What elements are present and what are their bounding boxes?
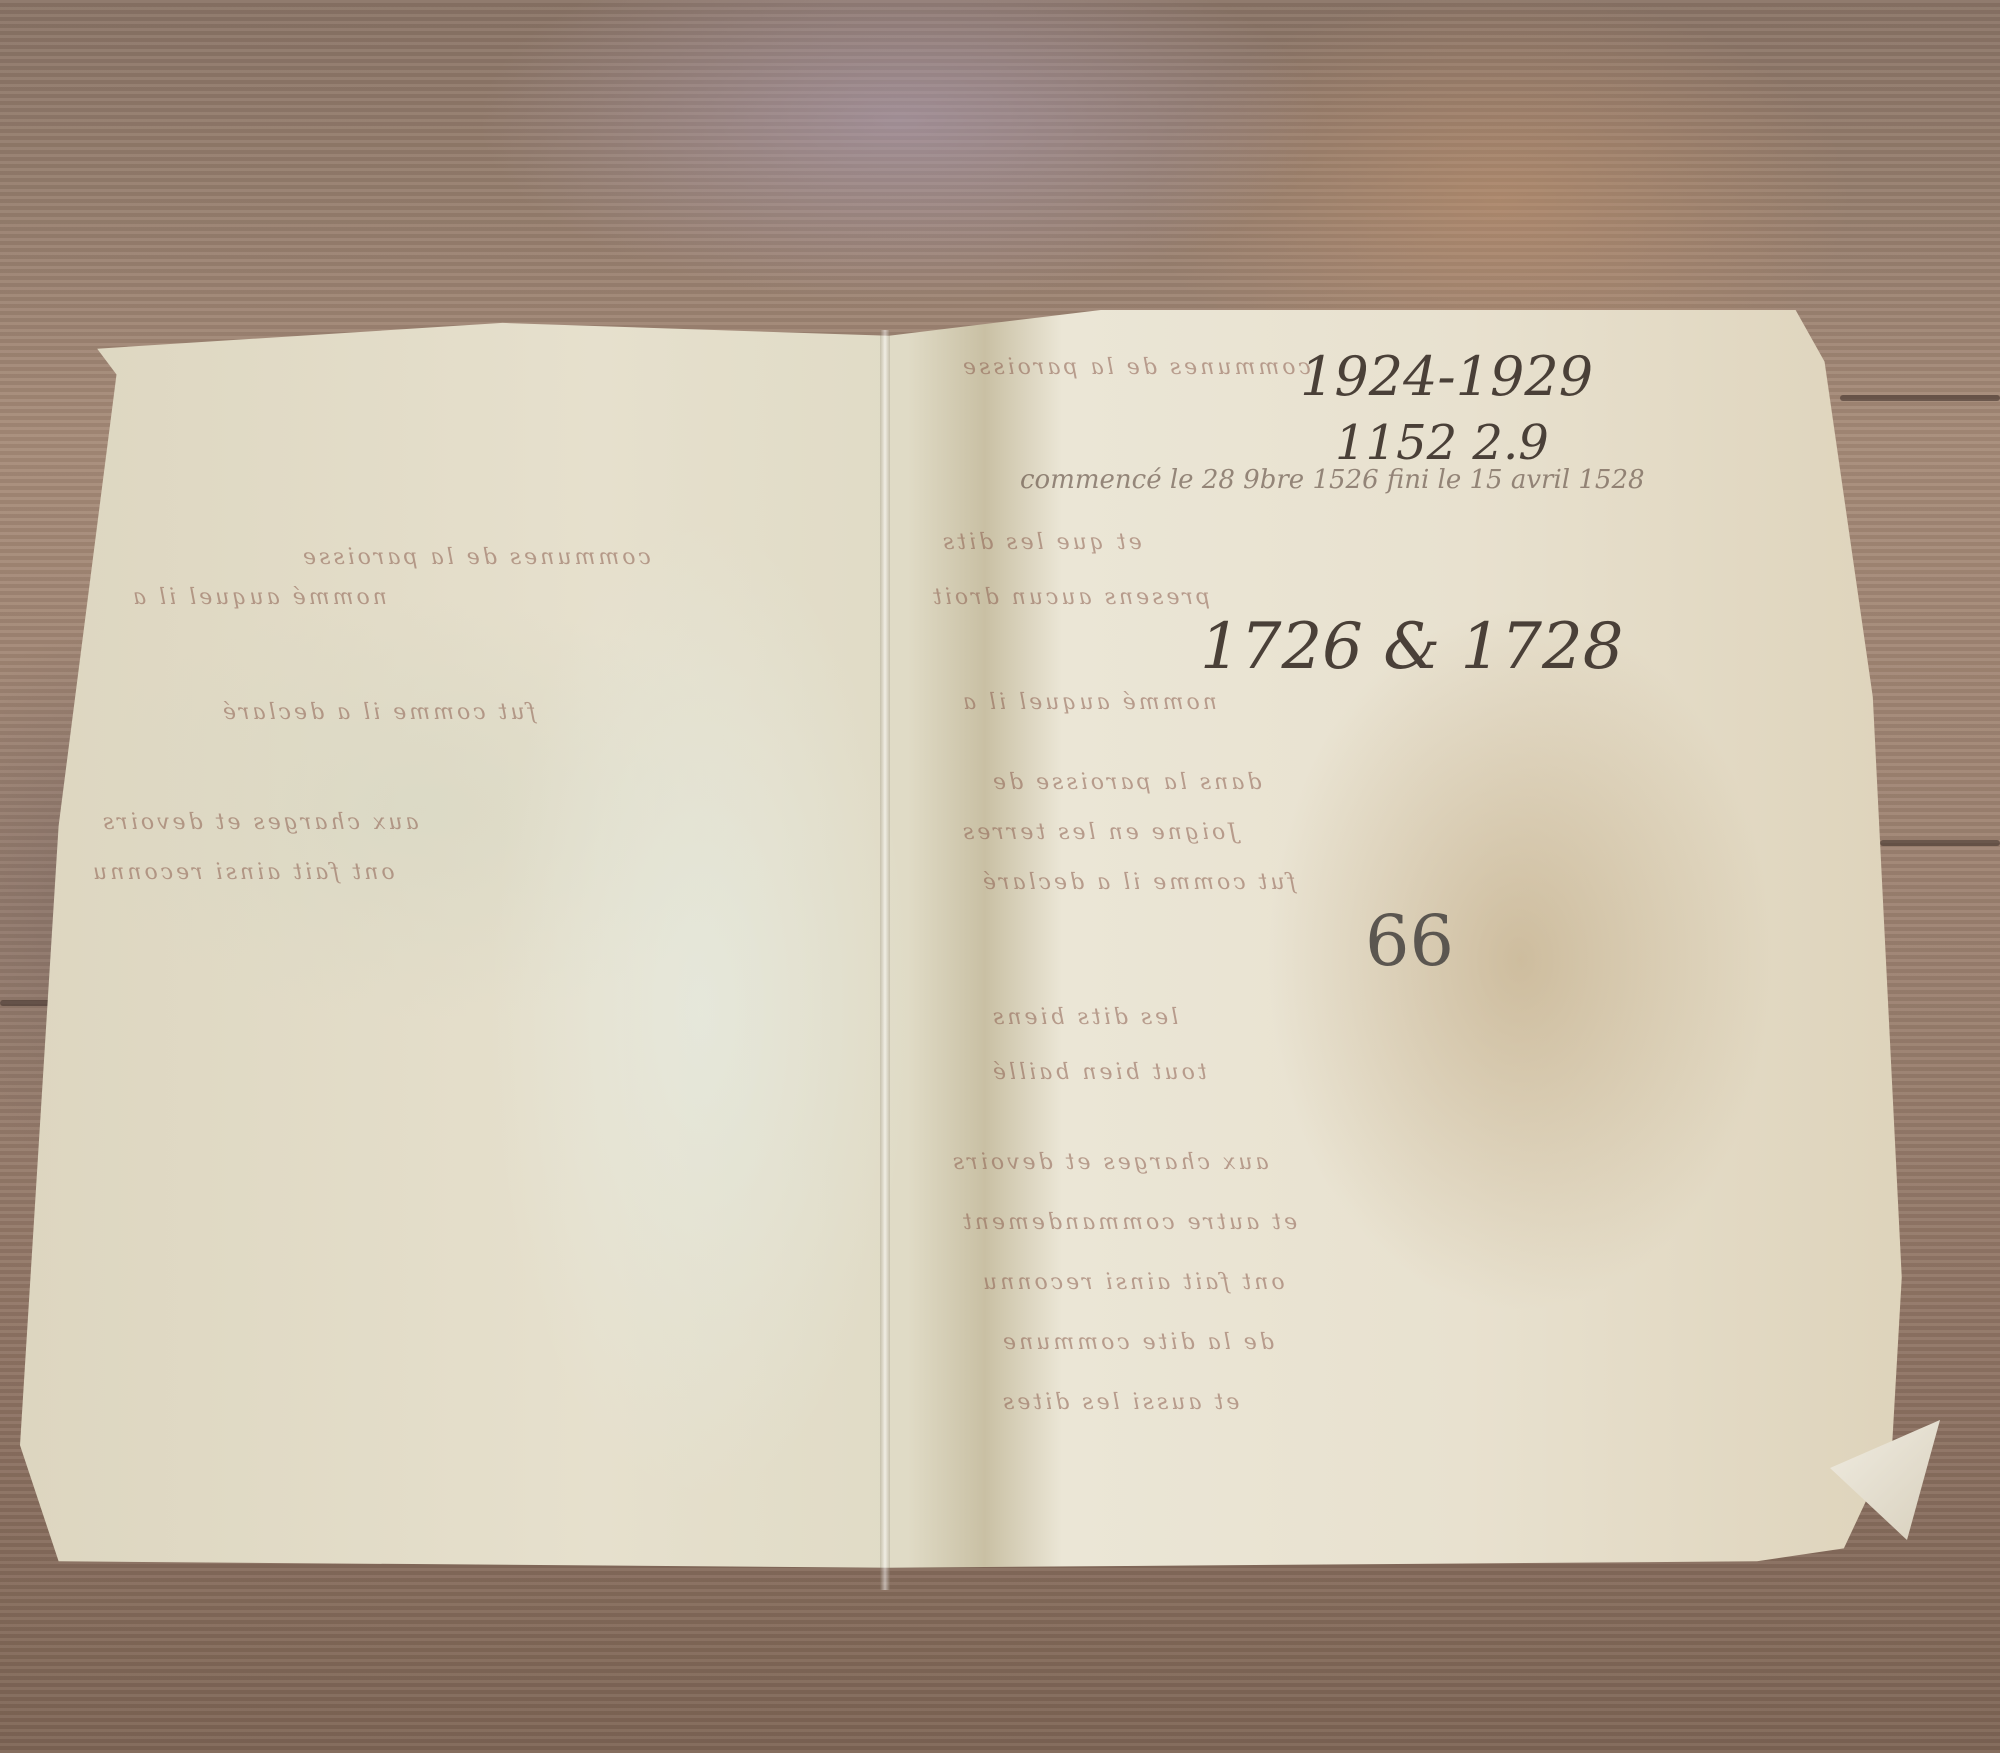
plank-gap: [1880, 840, 2000, 846]
manuscript-line: fut comme il a declaré: [220, 700, 536, 718]
manuscript-line: ont fait ainsi reconnu: [90, 860, 395, 878]
annotation-years-range: 1924-1929: [1300, 345, 1593, 408]
manuscript-line: Joigne en les terres: [960, 820, 1237, 838]
manuscript-line: et aussi les dites: [1000, 1390, 1239, 1408]
manuscript-line: communes de la paroisse: [960, 355, 1311, 373]
annotation-commenced-note: commencé le 28 9bre 1526 fini le 15 avri…: [1020, 465, 1645, 495]
manuscript-line: presens aucun droit: [930, 585, 1210, 603]
manuscript-line: et que les dits: [940, 530, 1142, 548]
plank-gap: [1840, 395, 2000, 401]
manuscript-line: fut comme il a declaré: [980, 870, 1296, 888]
manuscript-line: nommé auquel il a: [960, 690, 1217, 708]
manuscript-line: de la dite commune: [1000, 1330, 1274, 1348]
annotation-years-pair: 1726 & 1728: [1200, 610, 1623, 684]
manuscript-line: ont fait ainsi reconnu: [980, 1270, 1285, 1288]
manuscript-line: les dits biens: [990, 1005, 1178, 1023]
manuscript-line: aux charges et devoirs: [950, 1150, 1269, 1168]
manuscript-line: tout bien baillé: [990, 1060, 1207, 1078]
annotation-folio-number: 66: [1365, 900, 1454, 982]
manuscript-line: et autre commandement: [960, 1210, 1297, 1228]
manuscript-line: dans la paroisse de: [990, 770, 1262, 788]
parchment-document: [20, 310, 1950, 1600]
annotation-secondary-number: 1152 2.9: [1335, 415, 1549, 471]
manuscript-line: communes de la paroisse: [300, 545, 651, 563]
parchment-fold: [880, 330, 890, 1590]
manuscript-line: nommé auquel il a: [130, 585, 387, 603]
manuscript-line: aux charges et devoirs: [100, 810, 419, 828]
